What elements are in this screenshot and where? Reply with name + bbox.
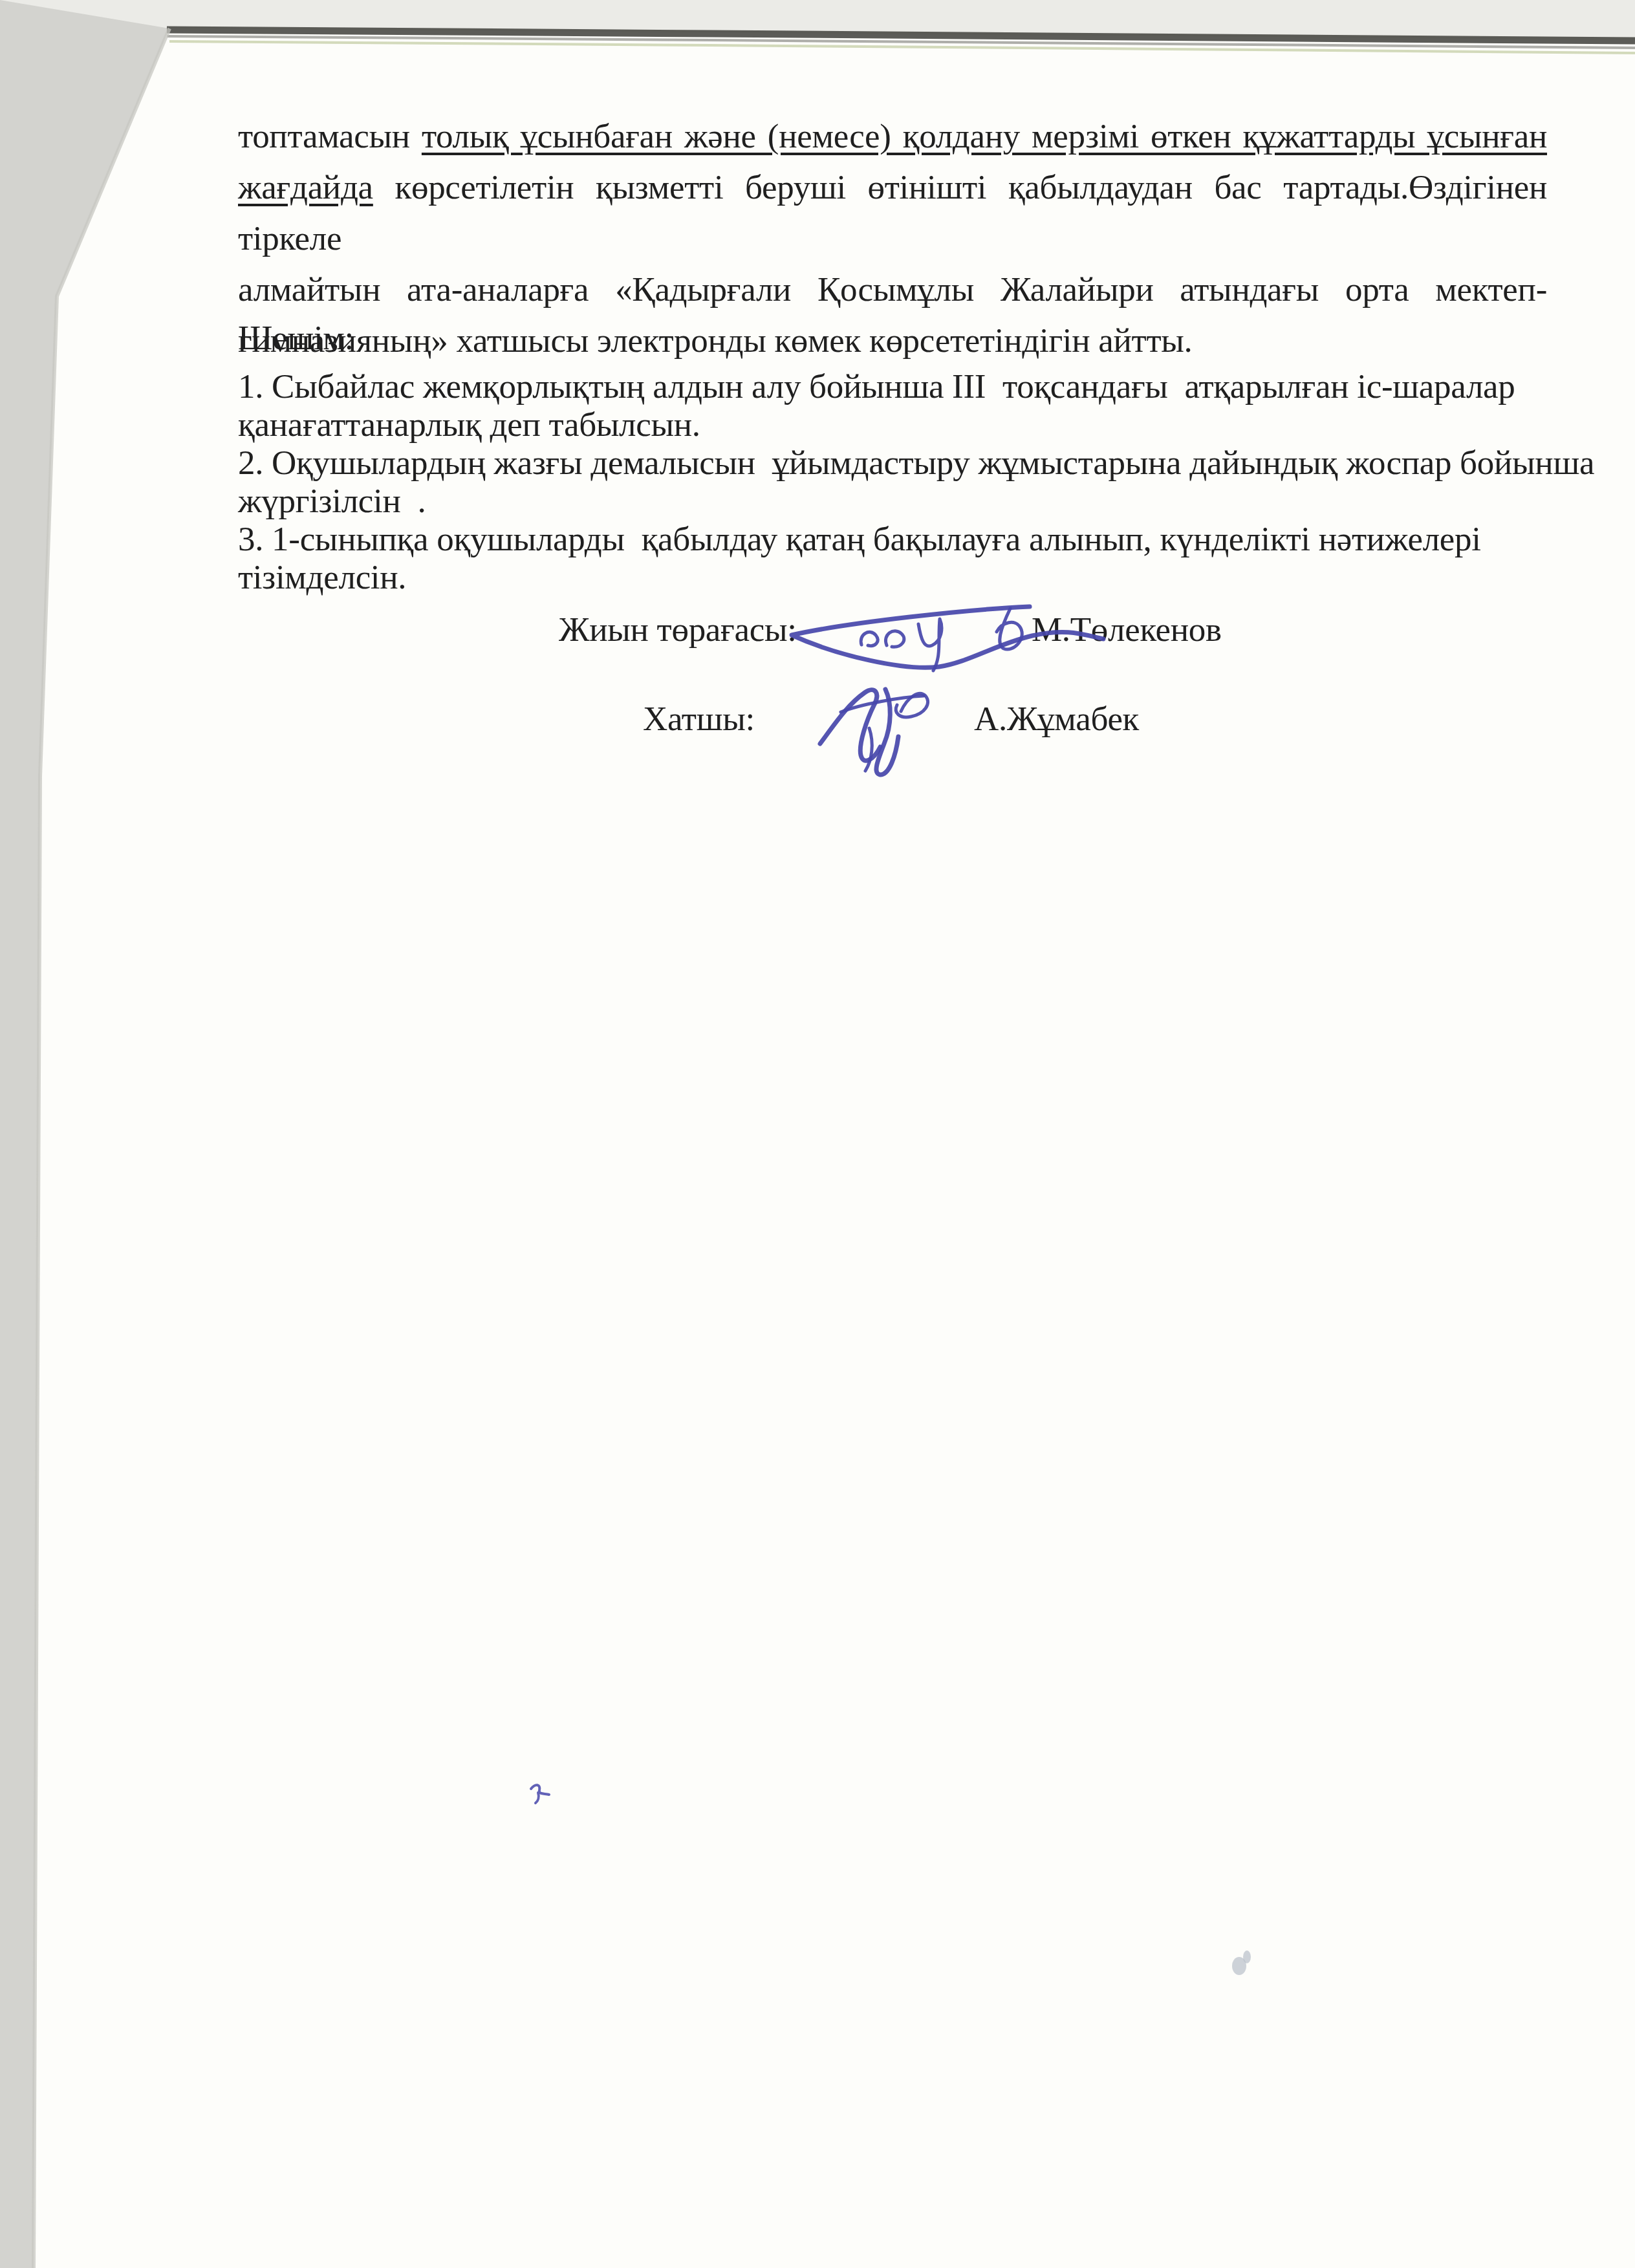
ink-overlay-layer — [0, 0, 1635, 2268]
grey-smudge — [1232, 1950, 1251, 1975]
ink-speck — [531, 1785, 549, 1803]
chairman-signature — [792, 607, 1103, 671]
scanned-document-page: топтамасын толық ұсынбаған және (немесе)… — [0, 0, 1635, 2268]
secretary-signature — [820, 689, 928, 775]
